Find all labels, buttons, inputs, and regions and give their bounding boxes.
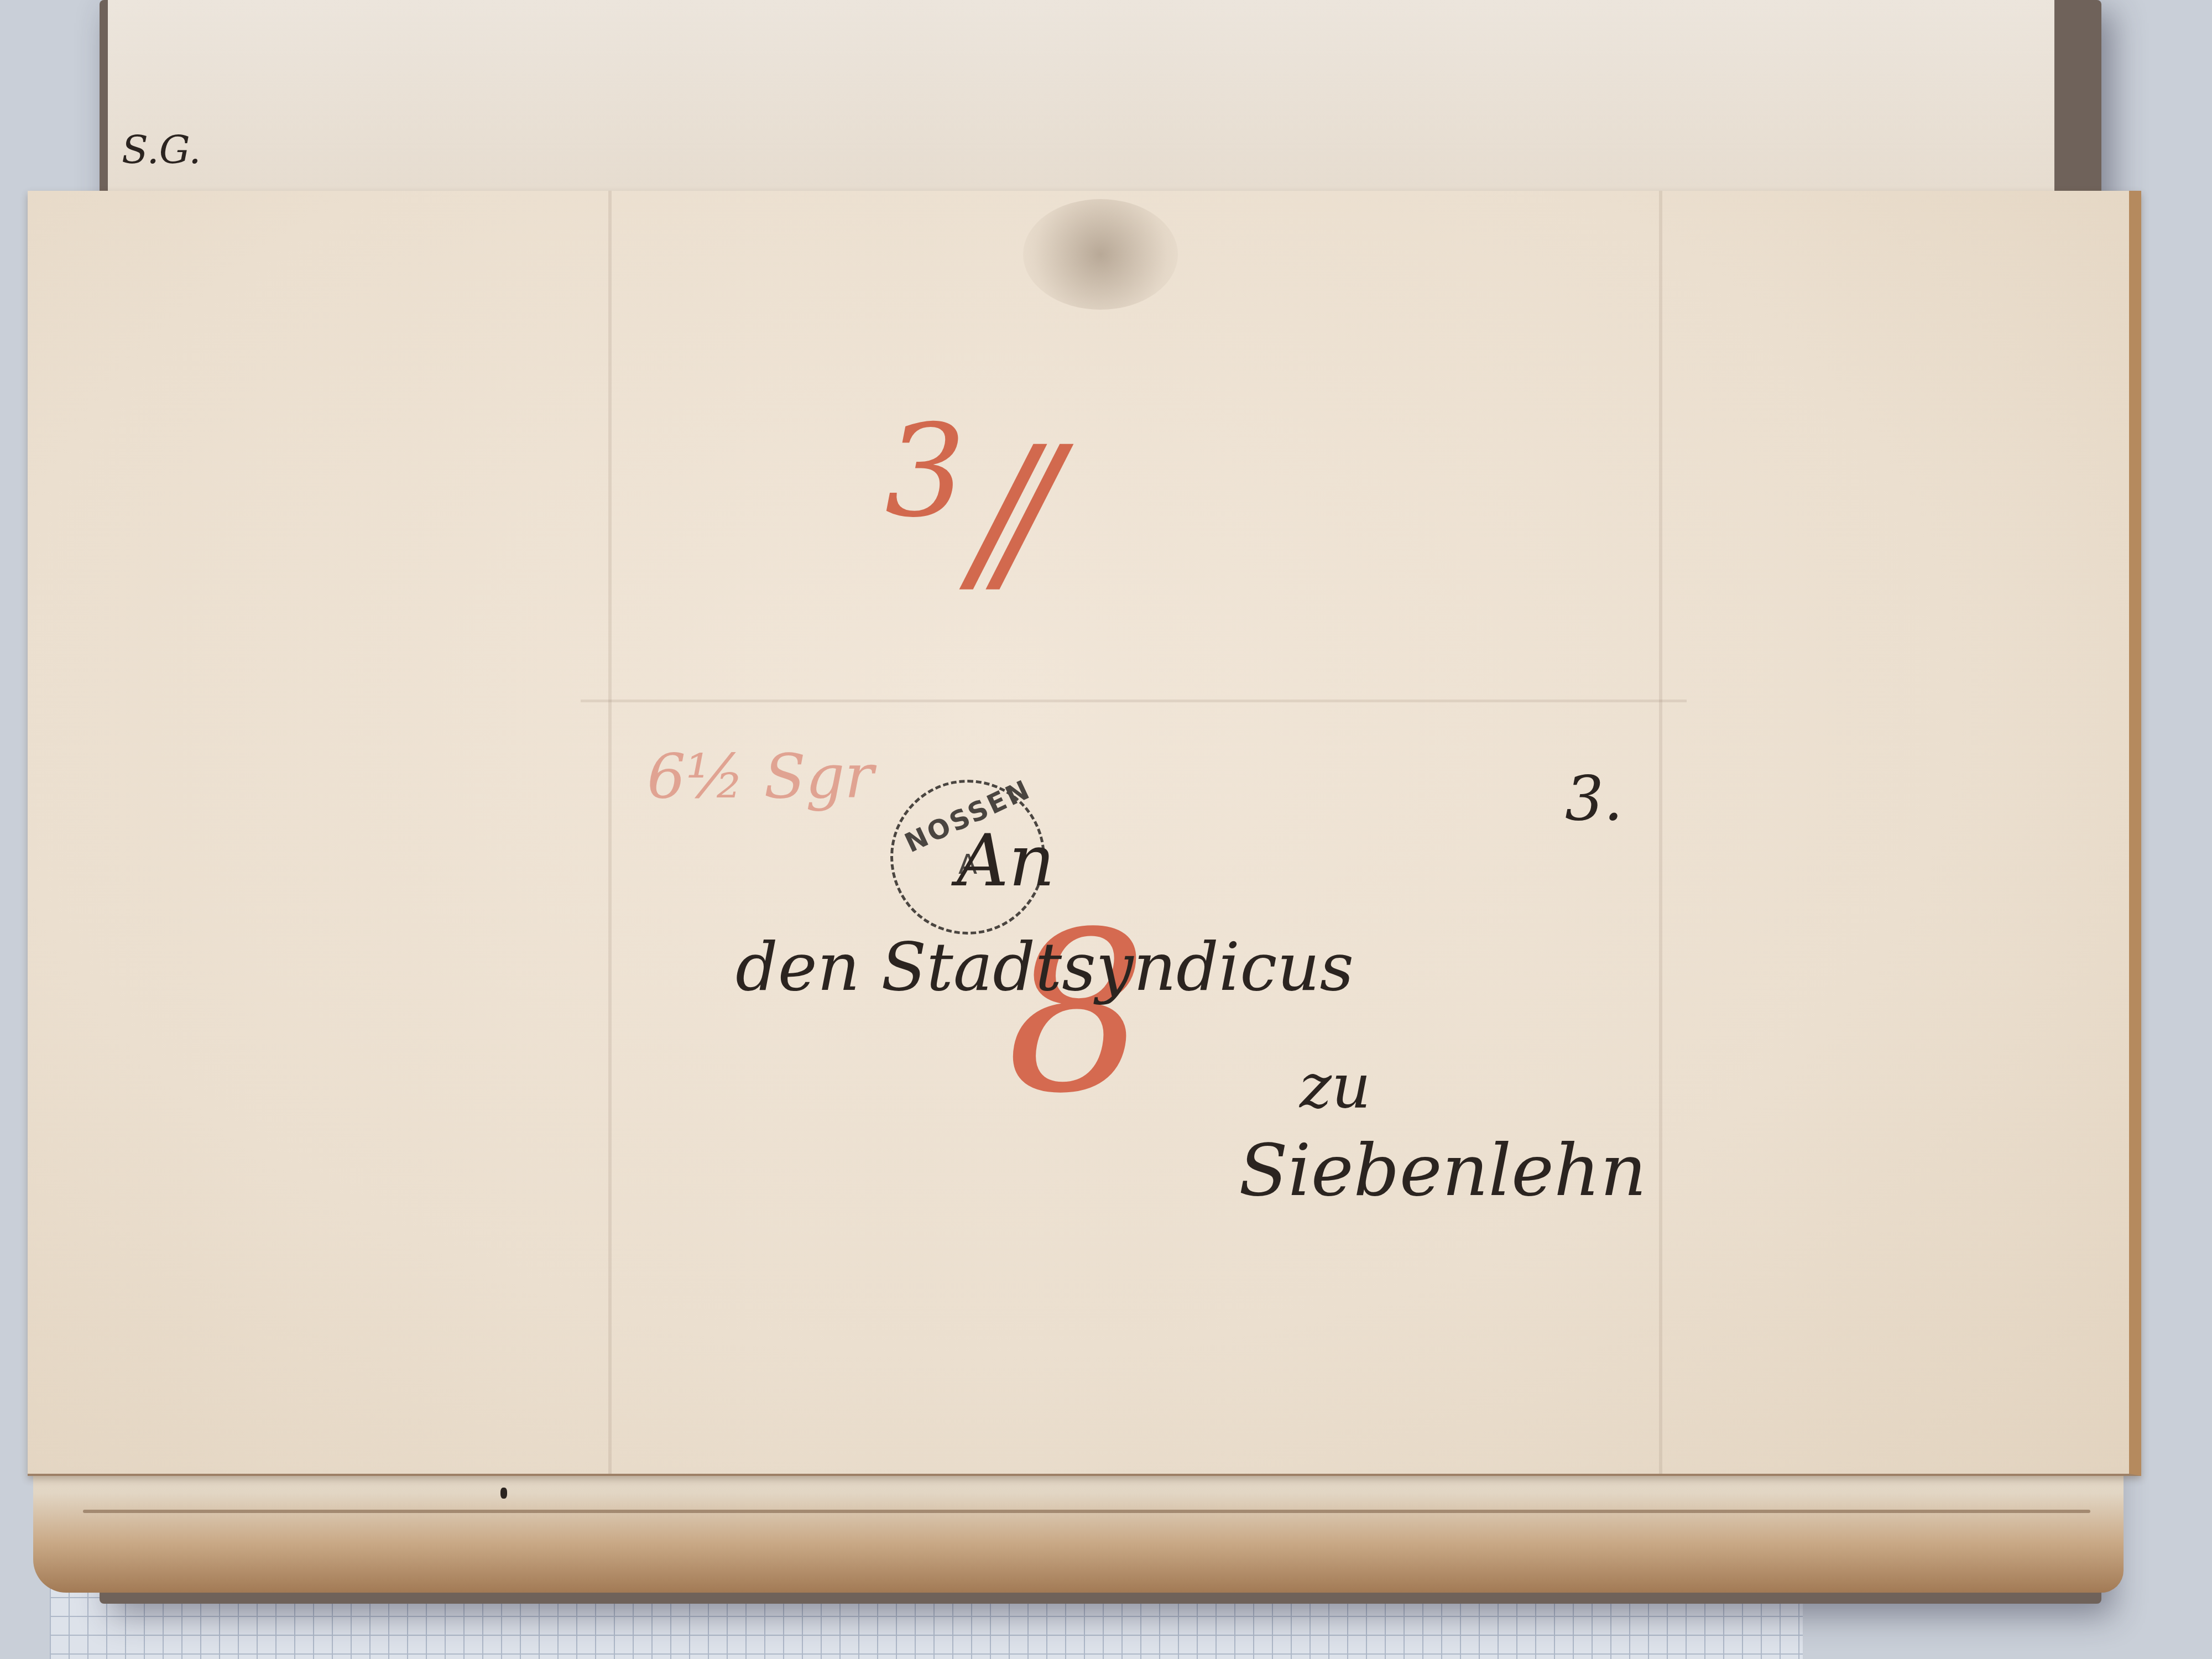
address-line-2: den Stadtsyndicus [735,929,1354,1006]
fold-crease [581,700,1687,702]
address-line-1: An [957,818,1055,902]
underlying-page [108,0,2054,199]
fold-crease [1659,191,1662,1474]
postage-note: 6½ Sgr [647,741,874,812]
address-line-4: Siebenlehn [1239,1128,1646,1212]
ink-spot [500,1488,507,1499]
photo-scene: S.G. 3 // 6½ Sgr NOSSEN A 3. 8 An den St… [0,0,2212,1659]
marginal-note: S.G. [122,127,201,173]
docket-number: 3. [1565,763,1623,834]
paper-stain [1023,199,1178,310]
red-large-mark: 8 [1006,885,1147,1142]
folded-letter [28,191,2141,1476]
fold-crease [608,191,612,1474]
red-rate-slashes: // [973,409,1026,615]
page-edge-line [83,1510,2090,1513]
red-rate-mark: 3 [885,398,966,546]
address-line-3: zu [1300,1051,1371,1121]
